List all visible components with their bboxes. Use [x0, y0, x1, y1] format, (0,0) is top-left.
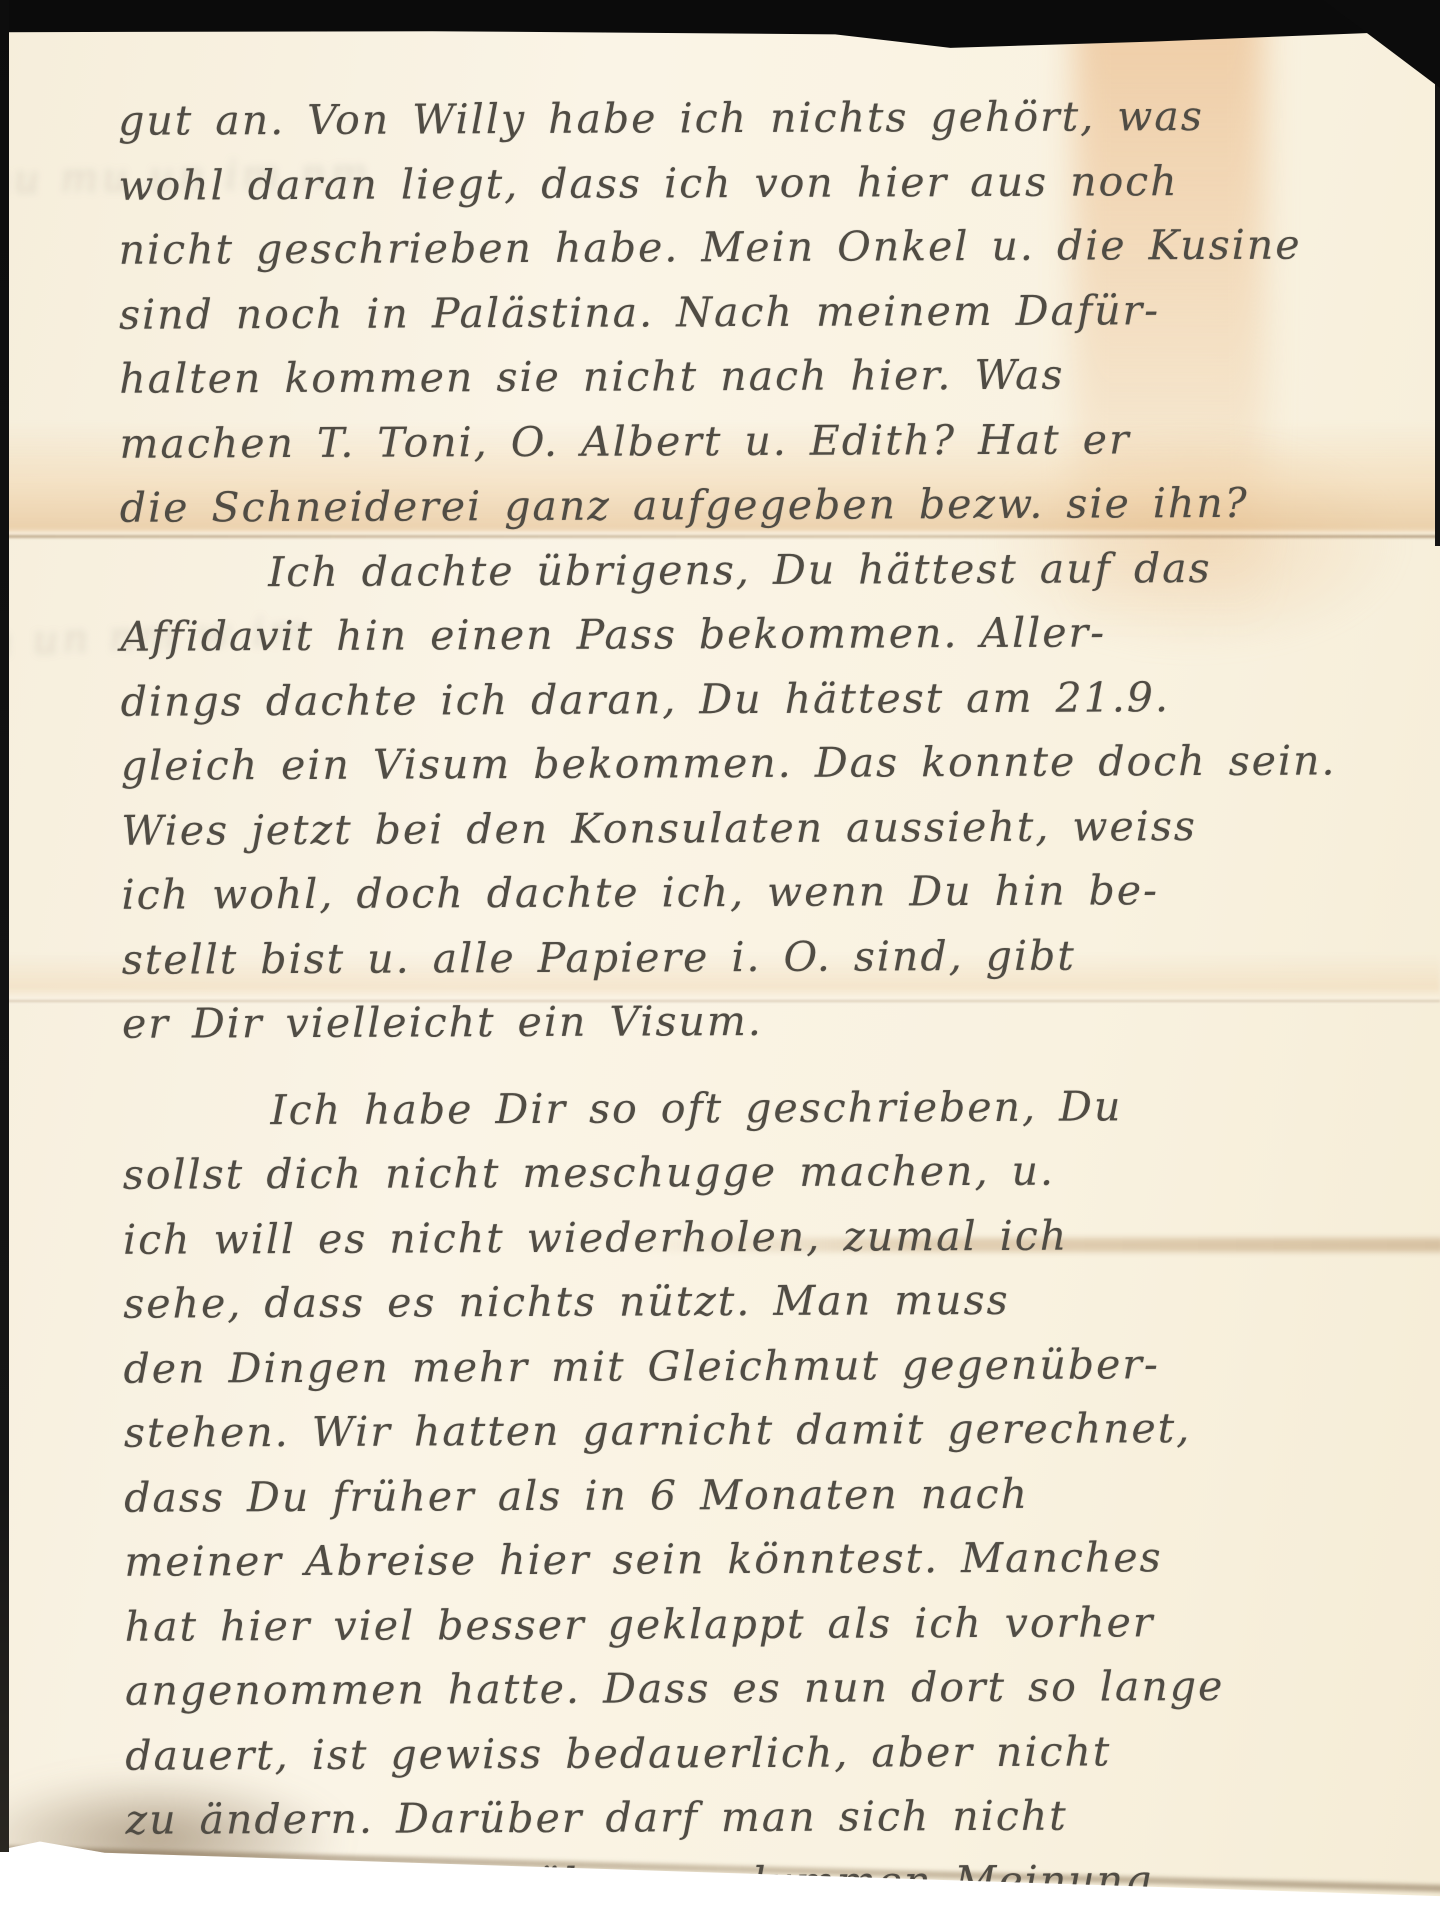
letter-line-1: gut an. Von Willy habe ich nichts gehört… — [118, 83, 1388, 153]
letter-line-27: zu ändern. Darüber darf man sich nicht — [125, 1782, 1395, 1852]
letter-line-28: aufregen. Dieser überaus dummen Meinung, — [126, 1847, 1396, 1910]
letter-line-9: Affidavit hin einen Pass bekommen. Aller… — [120, 599, 1390, 669]
letter-line-6: machen T. Toni, O. Albert u. Edith? Hat … — [119, 406, 1389, 476]
letter-line-15: er Dir vielleicht ein Visum. — [122, 986, 1392, 1056]
letter-line-19: sehe, dass es nichts nützt. Man muss — [123, 1266, 1393, 1336]
letter-line-10: dings dachte ich daran, Du hättest am 21… — [121, 664, 1391, 734]
letter-line-23: meiner Abreise hier sein könntest. Manch… — [124, 1524, 1394, 1594]
letter-line-17: sollst dich nicht meschugge machen, u. — [123, 1137, 1393, 1207]
letter-line-7: die Schneiderei ganz aufgegeben bezw. si… — [120, 470, 1390, 540]
letter-line-4: sind noch in Palästina. Nach meinem Dafü… — [119, 277, 1389, 347]
letter-line-22: dass Du früher als in 6 Monaten nach — [124, 1460, 1394, 1530]
letter-line-24: hat hier viel besser geklappt als ich vo… — [125, 1589, 1395, 1659]
letter-body-text: gut an. Von Willy habe ich nichts gehört… — [118, 83, 1396, 1910]
scan-edge-left — [0, 0, 9, 1852]
letter-paper: nu mu un im nm m un nm w im gut an. Von … — [4, 14, 1440, 1898]
letter-line-14: stellt bist u. alle Papiere i. O. sind, … — [122, 922, 1392, 992]
letter-line-16: Ich habe Dir so oft geschrieben, Du — [122, 1073, 1392, 1143]
letter-line-11: gleich ein Visum bekommen. Das konnte do… — [121, 728, 1391, 798]
letter-line-12: Wies jetzt bei den Konsulaten aussieht, … — [121, 793, 1391, 863]
letter-line-21: stehen. Wir hatten garnicht damit gerech… — [124, 1395, 1394, 1465]
letter-line-3: nicht geschrieben habe. Mein Onkel u. di… — [119, 212, 1389, 282]
letter-line-18: ich will es nicht wiederholen, zumal ich — [123, 1202, 1393, 1272]
letter-line-20: den Dingen mehr mit Gleichmut gegenüber- — [123, 1331, 1393, 1401]
letter-line-8: Ich dachte übrigens, Du hättest auf das — [120, 535, 1390, 605]
scan-edge-right — [1435, 26, 1440, 546]
letter-line-26: dauert, ist gewiss bedauerlich, aber nic… — [125, 1718, 1395, 1788]
scanned-letter-page: nu mu un im nm m un nm w im gut an. Von … — [0, 0, 1440, 1910]
letter-line-13: ich wohl, doch dachte ich, wenn Du hin b… — [121, 857, 1391, 927]
letter-line-5: halten kommen sie nicht nach hier. Was — [119, 341, 1389, 411]
letter-line-2: wohl daran liegt, dass ich von hier aus … — [118, 148, 1388, 218]
letter-line-25: angenommen hatte. Dass es nun dort so la… — [125, 1653, 1395, 1723]
